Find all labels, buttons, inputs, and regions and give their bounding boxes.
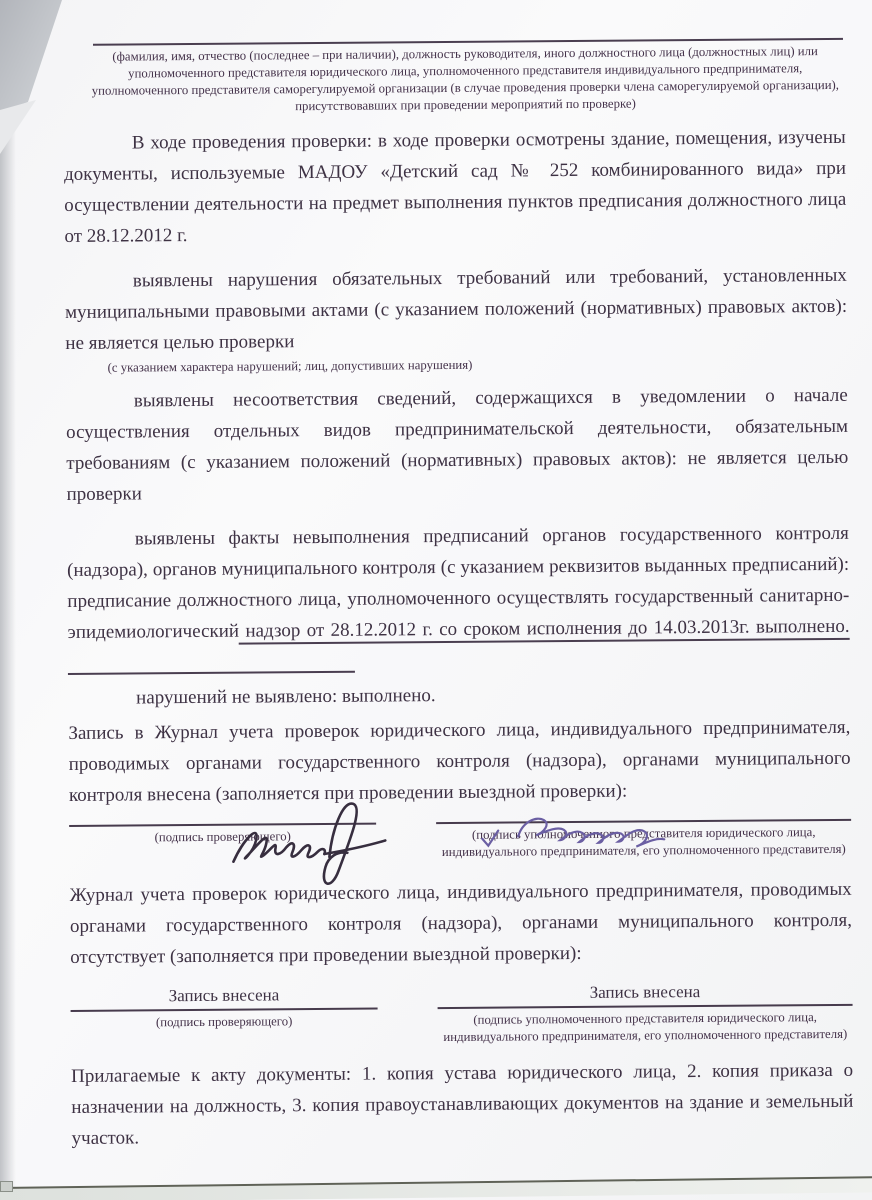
- representative-signature-caption: (подпись уполномоченного представителя ю…: [436, 824, 851, 861]
- paragraph-journal-entry-made: Запись в Журнал учета проверок юридическ…: [68, 712, 851, 811]
- paragraph-violations-requirements: выявлены нарушения обязательных требован…: [65, 260, 848, 359]
- scan-bottom-left-chip: [0, 1181, 13, 1192]
- signature-col-representative: (подпись уполномоченного представителя ю…: [436, 819, 851, 861]
- scan-left-edge: [0, 0, 16, 1200]
- paragraph-no-violations: нарушений не выявлено: выполнено.: [68, 677, 850, 714]
- paragraph-journal-absent: Журнал учета проверок юридического лица,…: [70, 874, 853, 973]
- scanned-document-page: (фамилия, имя, отчество (последнее – при…: [0, 0, 872, 1200]
- record-caption-right: (подпись уполномоченного представителя ю…: [438, 1009, 853, 1046]
- signature-col-inspector: (подпись проверяющего): [69, 823, 376, 864]
- scan-corner-shadow: [0, 0, 72, 118]
- record-line-left: [71, 1008, 378, 1012]
- signature-row-2: Запись внесена (подпись проверяющего) За…: [70, 981, 852, 1049]
- paragraph-prescription-facts: выявлены факты невыполнения предписаний …: [67, 518, 850, 679]
- paragraph-notification-mismatch: выявлены несоответствия сведений, содерж…: [66, 380, 849, 510]
- header-fine-print: (фамилия, имя, отчество (последнее – при…: [91, 43, 840, 117]
- signature-row-1: (подпись проверяющего) (подпись уполномо…: [69, 819, 851, 864]
- record-col-representative: Запись внесена (подпись уполномоченного …: [437, 981, 852, 1046]
- paragraph-attachments: Прилагаемые к акту документы: 1. копия у…: [71, 1055, 854, 1154]
- record-col-inspector: Запись внесена (подпись проверяющего): [70, 985, 377, 1049]
- prescription-text-underlined: надзор от 28.12.2012 г. со сроком исполн…: [239, 616, 850, 645]
- inspector-signature-line: [69, 823, 376, 827]
- record-made-label-right: Запись внесена: [437, 981, 852, 1004]
- paragraph-inspection-course: В ходе проведения проверки: в ходе прове…: [64, 122, 847, 252]
- representative-signature-line: [436, 819, 851, 824]
- inspector-signature-caption: (подпись проверяющего): [69, 828, 376, 847]
- record-caption-left: (подпись проверяющего): [71, 1013, 378, 1032]
- document-content: (фамилия, имя, отчество (последнее – при…: [63, 38, 854, 1154]
- record-line-right: [438, 1004, 853, 1009]
- ruled-line-filler: [68, 652, 355, 675]
- record-made-label-left: Запись внесена: [70, 985, 377, 1007]
